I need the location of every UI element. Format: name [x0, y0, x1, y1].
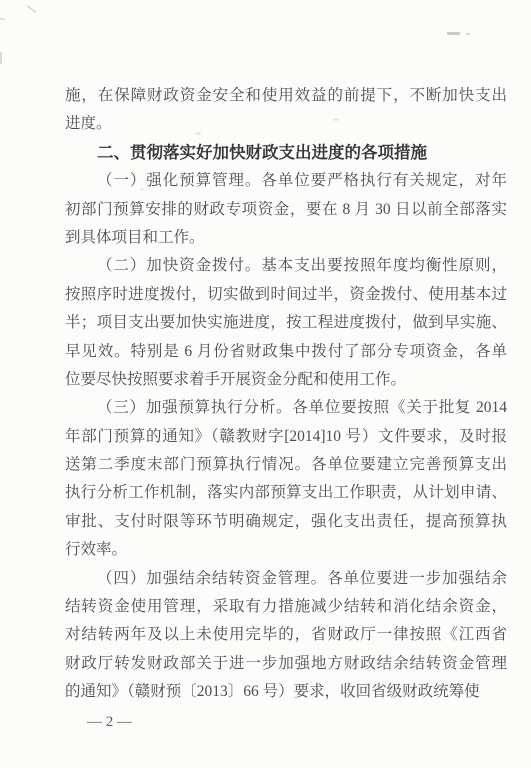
document-line: 位要尽快按照要求着手开展资金分配和使用工作。 [65, 366, 507, 394]
document-line: 对结转两年及以上未使用完毕的，省财政厅一律按照《江西省 [65, 621, 507, 649]
section-heading: 二、贯彻落实好加快财政支出进度的各项措施 [65, 139, 507, 167]
document-body: 施，在保障财政资金安全和使用效益的前提下，不断加快支出 进度。 二、贯彻落实好加… [65, 82, 507, 736]
scanned-document-page: 施，在保障财政资金安全和使用效益的前提下，不断加快支出 进度。 二、贯彻落实好加… [0, 0, 531, 768]
document-line: 施，在保障财政资金安全和使用效益的前提下，不断加快支出 [65, 82, 507, 110]
document-line: （二）加快资金拨付。基本支出要按照年度均衡性原则， [65, 252, 507, 280]
document-line: （一）强化预算管理。各单位要严格执行有关规定，对年 [65, 167, 507, 195]
document-line: 进度。 [65, 110, 507, 138]
document-line: 行效率。 [65, 536, 507, 564]
document-line: 到具体项目和工作。 [65, 224, 507, 252]
scan-artifact [0, 52, 2, 64]
document-line: 初部门预算安排的财政专项资金，要在 8 月 30 日以前全部落实 [65, 196, 507, 224]
document-line: 审批、支付时限等环节明确规定，强化支出责任，提高预算执 [65, 508, 507, 536]
document-line: 早见效。特别是 6 月份省财政集中拨付了部分专项资金，各单 [65, 338, 507, 366]
document-line: 年部门预算的通知》（赣教财字[2014]10 号）文件要求，及时报 [65, 423, 507, 451]
scan-artifact [0, 18, 5, 20]
document-line: 按照序时进度拨付，切实做到时间过半，资金拨付、使用基本过 [65, 281, 507, 309]
document-line: 执行分析工作机制，落实内部预算支出工作职责，从计划申请、 [65, 479, 507, 507]
document-line: 的通知》（赣财预〔2013〕66 号）要求，收回省级财政统筹使用。 [65, 678, 507, 706]
document-line: （四）加强结余结转资金管理。各单位要进一步加强结余 [65, 565, 507, 593]
scan-artifact [447, 32, 460, 35]
document-line: 半；项目支出要加快实施进度，按工程进度拨付，做到早实施、 [65, 309, 507, 337]
page-number: — 2 — [65, 708, 507, 736]
scan-artifact [466, 33, 470, 35]
document-line: （三）加强预算执行分析。各单位要按照《关于批复 2014 [65, 394, 507, 422]
scan-artifact [27, 5, 37, 13]
document-line: 送第二季度末部门预算执行情况。各单位要建立完善预算支出 [65, 451, 507, 479]
document-line: 结转资金使用管理，采取有力措施减少结转和消化结余资金， [65, 593, 507, 621]
document-line: 财政厅转发财政部关于进一步加强地方财政结余结转资金管理 [65, 650, 507, 678]
